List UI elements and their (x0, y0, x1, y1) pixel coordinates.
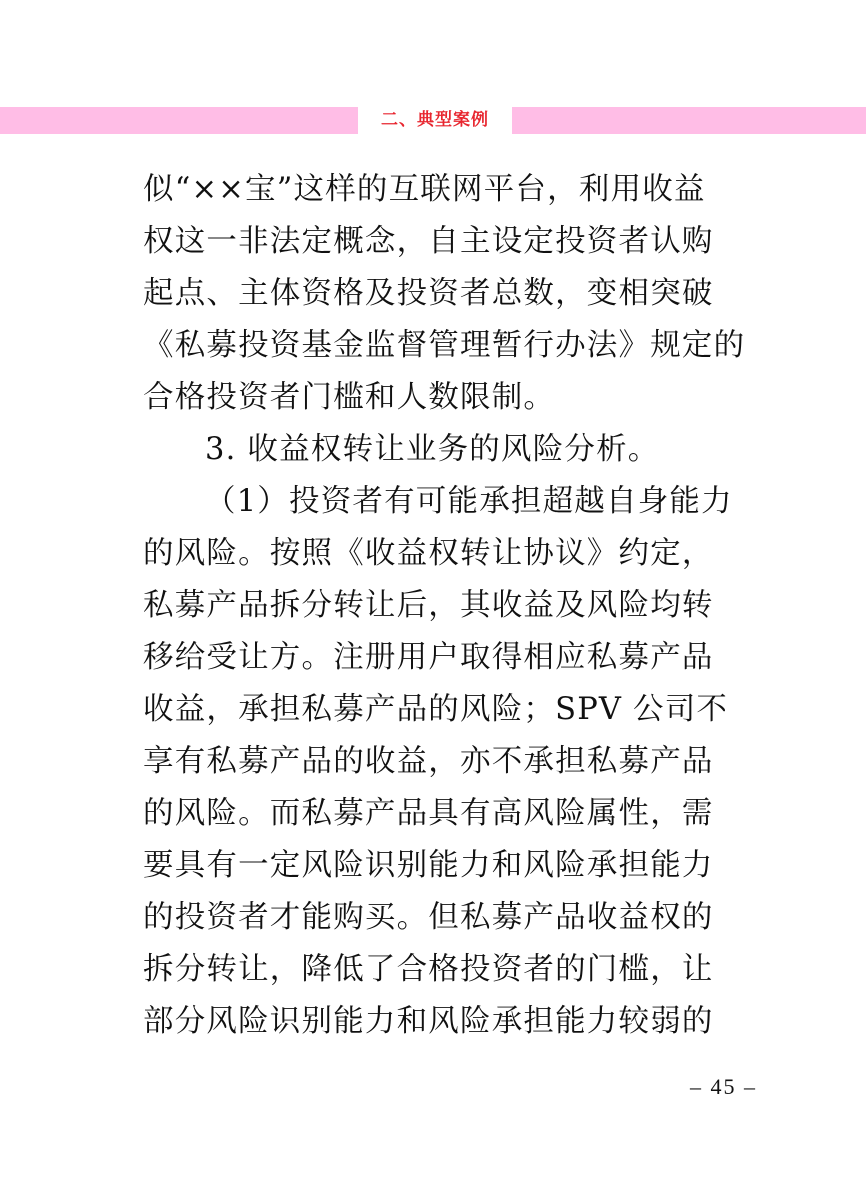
text-line: 起点、主体资格及投资者总数，变相突破 (143, 268, 733, 320)
text-line: 享有私募产品的收益，亦不承担私募产品 (143, 736, 733, 788)
text-line: 《私募投资基金监督管理暂行办法》规定的 (143, 320, 733, 372)
text-line: 合格投资者门槛和人数限制。 (143, 372, 733, 424)
text-line: 私募产品拆分转让后，其收益及风险均转 (143, 580, 733, 632)
text-line: 部分风险识别能力和风险承担能力较弱的 (143, 996, 733, 1048)
text-line: 移给受让方。注册用户取得相应私募产品 (143, 632, 733, 684)
header-band-right (512, 107, 866, 134)
text-line: 拆分转让，降低了合格投资者的门槛，让 (143, 944, 733, 996)
section-title: 二、典型案例 (358, 106, 512, 135)
header-band-left (0, 107, 358, 134)
text-line: 的投资者才能购买。但私募产品收益权的 (143, 892, 733, 944)
text-line: 收益，承担私募产品的风险；SPV 公司不 (143, 684, 733, 736)
text-line: 要具有一定风险识别能力和风险承担能力 (143, 840, 733, 892)
subheading: 3. 收益权转让业务的风险分析。 (143, 424, 733, 476)
page-number: – 45 – (690, 1074, 757, 1100)
body-text: 似“××宝”这样的互联网平台，利用收益 权这一非法定概念，自主设定投资者认购 起… (143, 164, 733, 1048)
text-line: 似“××宝”这样的互联网平台，利用收益 (143, 164, 733, 216)
text-line: 的风险。按照《收益权转让协议》约定， (143, 528, 733, 580)
text-line: （1）投资者有可能承担超越自身能力 (143, 476, 733, 528)
text-line: 权这一非法定概念，自主设定投资者认购 (143, 216, 733, 268)
text-line: 的风险。而私募产品具有高风险属性，需 (143, 788, 733, 840)
